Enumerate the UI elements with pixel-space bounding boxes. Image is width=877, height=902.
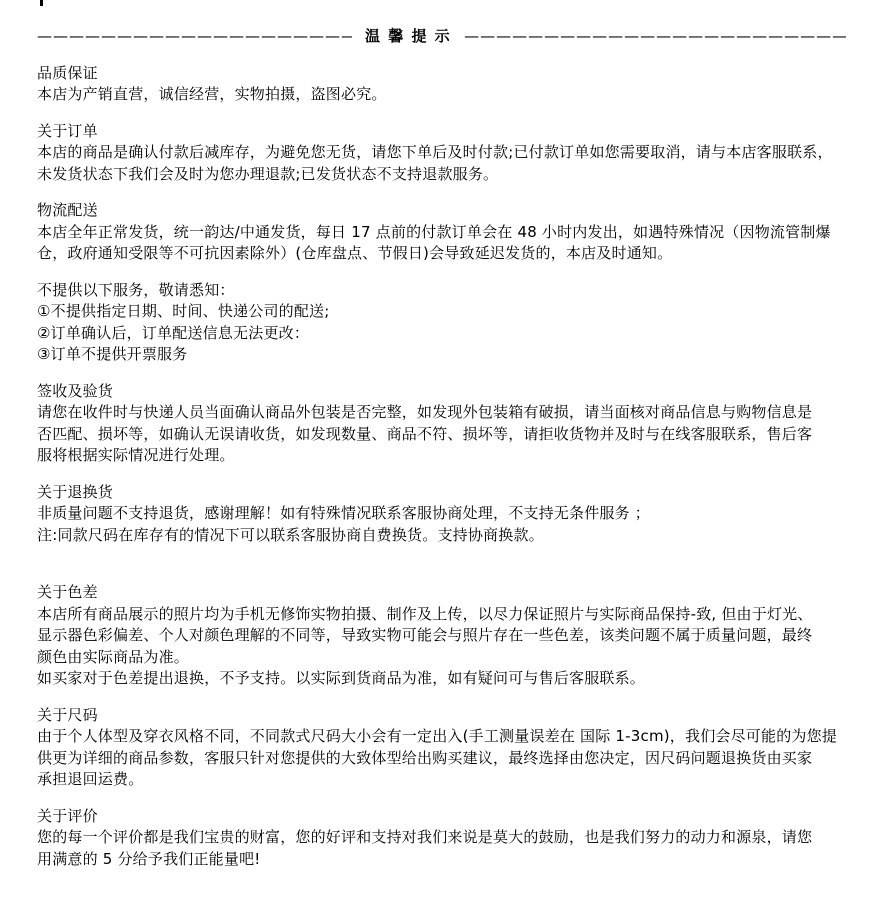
section-receiving-inspection: 签收及验货 请您在收件时与快递人员当面确认商品外包装是否完整，如发现外包装箱有破… [37,381,846,467]
dashed-line-left: —————————————————————————————— [37,26,352,48]
text-line: 显示器色彩偏差、个人对颜色理解的不同等，导致实物可能会与照片存在一些色差，该类问… [37,625,846,647]
text-line: ①不提供指定日期、时间、快递公司的配送; [37,301,846,323]
section-returns: 关于退换货 非质量问题不支持退货，感谢理解！如有特殊情况联系客服协商处理，不支持… [37,482,846,547]
section-sizing: 关于尺码 由于个人体型及穿衣风格不同，不同款式尺码大小会有一定出入(手工测量误差… [37,705,846,791]
text-line: 服将根据实际情况进行处理。 [37,445,846,467]
text-line: 由于个人体型及穿衣风格不同，不同款式尺码大小会有一定出入(手工测量误差在 国际 … [37,726,846,748]
section-heading: 签收及验货 [37,381,846,403]
clipped-glyph-artifact [40,0,43,6]
section-heading: 关于评价 [37,806,846,828]
text-line: 承担退回运费。 [37,769,846,791]
section-color-difference: 关于色差 本店所有商品展示的照片均为手机无修饰实物拍摄、制作及上传，以尽力保证照… [37,582,846,690]
section-order: 关于订单 本店的商品是确认付款后减库存，为避免您无货，请您下单后及时付款;已付款… [37,121,846,186]
section-reviews: 关于评价 您的每一个评价都是我们宝贵的财富，您的好评和支持对我们来说是莫大的鼓励… [37,806,846,871]
text-line: 用满意的 5 分给予我们正能量吧! [37,849,846,871]
text-line: 如买家对于色差提出退换，不予支持。以实际到货商品为准，如有疑问可与售后客服联系。 [37,668,846,690]
notice-title: 温 馨 提 示 [365,26,451,48]
notice-header: —————————————————————————————— 温 馨 提 示 —… [37,26,846,48]
text-line: 颜色由实际商品为准。 [37,647,846,669]
text-line: 注:同款尺码在库存有的情况下可以联系客服协商自费换货。支持协商换款。 [37,525,846,547]
dashed-line-right: —————————————————————————————— [464,26,846,48]
text-line: 供更为详细的商品参数，客服只针对您提供的大致体型给出购买建议，最终选择由您决定，… [37,748,846,770]
text-line: 否匹配、损坏等，如确认无误请收货，如发现数量、商品不符、损坏等，请拒收货物并及时… [37,424,846,446]
text-line: 本店为产销直营，诚信经营，实物拍摄，盗图必究。 [37,84,846,106]
notice-page: —————————————————————————————— 温 馨 提 示 —… [0,0,877,902]
text-line: 本店所有商品展示的照片均为手机无修饰实物拍摄、制作及上传，以尽力保证照片与实际商… [37,604,846,626]
text-line: 本店的商品是确认付款后减库存，为避免您无货，请您下单后及时付款;已付款订单如您需… [37,142,846,164]
section-heading: 不提供以下服务，敬请悉知： [37,280,846,302]
text-line: 您的每一个评价都是我们宝贵的财富，您的好评和支持对我们来说是莫大的鼓励，也是我们… [37,827,846,849]
section-quality-guarantee: 品质保证 本店为产销直营，诚信经营，实物拍摄，盗图必究。 [37,63,846,106]
text-line: 请您在收件时与快递人员当面确认商品外包装是否完整，如发现外包装箱有破损，请当面核… [37,402,846,424]
section-heading: 关于订单 [37,121,846,143]
text-line: ③订单不提供开票服务 [37,344,846,366]
text-line: 本店全年正常发货，统一韵达/中通发货，每日 17 点前的付款订单会在 48 小时… [37,222,846,244]
text-line: 未发货状态下我们会及时为您办理退款;已发货状态不支持退款服务。 [37,164,846,186]
section-excluded-services: 不提供以下服务，敬请悉知： ①不提供指定日期、时间、快递公司的配送; ②订单确认… [37,280,846,366]
text-line: 非质量问题不支持退货，感谢理解！如有特殊情况联系客服协商处理，不支持无条件服务 … [37,503,846,525]
text-line: 仓，政府通知受限等不可抗因素除外）(仓库盘点、节假日)会导致延迟发货的，本店及时… [37,243,846,265]
section-heading: 关于退换货 [37,482,846,504]
section-heading: 品质保证 [37,63,846,85]
section-heading: 关于尺码 [37,705,846,727]
section-heading: 物流配送 [37,200,846,222]
section-shipping: 物流配送 本店全年正常发货，统一韵达/中通发货，每日 17 点前的付款订单会在 … [37,200,846,265]
section-heading: 关于色差 [37,582,846,604]
text-line: ②订单确认后，订单配送信息无法更改： [37,323,846,345]
